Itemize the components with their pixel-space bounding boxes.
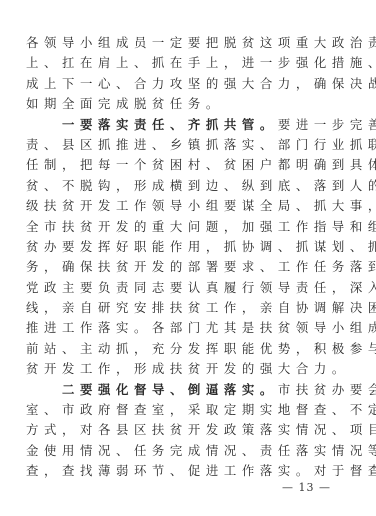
text-line: 上、扛在肩上、抓在手上，进一步强化措施、落实责任，形 [26, 53, 336, 73]
paragraph-heading-line: 一要落实责任、齐抓共管。要进一步完善“市级负总 [26, 115, 336, 135]
page-number: — 13 — [282, 481, 331, 494]
text-line: 金使用情况、任务完成情况、责任落实情况等进行督促检 [26, 441, 336, 461]
text-line: 方式，对各县区扶贫开发政策落实情况、项目推进情况、资 [26, 420, 336, 440]
paragraph-heading-line: 二要强化督导、倒逼落实。市扶贫办要会同市委督查 [26, 380, 336, 400]
body-text: 各领导小组成员一定要把脱贫这项重大政治责任牢牢放在心 上、扛在肩上、抓在手上，进… [26, 33, 336, 482]
document-page: 各领导小组成员一定要把脱贫这项重大政治责任牢牢放在心 上、扛在肩上、抓在手上，进… [0, 0, 376, 516]
text-line: 贫开发工作，形成扶贫开发的强大合力。 [26, 359, 336, 379]
paragraph-lead: 一要落实责任、齐抓共管。 [62, 117, 278, 132]
text-line: 级扶贫开发工作领导小组要谋全局、抓大事，研究解决事关 [26, 196, 336, 216]
text-line: 党政主要负责同志要认真履行领导责任，深入到扶贫第一 [26, 278, 336, 298]
text-line: 查，查找薄弱环节、促进工作落实。对于督查检查情况和发 [26, 461, 336, 481]
text-line: 贫、不脱钩，形成横到边、纵到底、落到人的责任体系。各 [26, 176, 336, 196]
text-line: 全市扶贫开发的重大问题，加强工作指导和组织协调。市扶 [26, 217, 336, 237]
paragraph-lead: 二要强化督导、倒逼落实。 [62, 382, 278, 397]
text-line: 责、县区抓推进、乡镇抓落实、部门行业抓联动”的工作责 [26, 135, 336, 155]
text-line: 前站、主动抓，充分发挥职能优势，积极参与、大力支持扶 [26, 339, 336, 359]
text-line: 推进工作落实。各部门尤其是扶贫领导小组成员单位，要靠 [26, 318, 336, 338]
text-line: 贫办要发挥好职能作用，抓协调、抓谋划、抓督导、抓服 [26, 237, 336, 257]
text-line: 成上下一心、合力攻坚的强大合力，确保决战决胜攻坚战、 [26, 74, 336, 94]
text-line: 室、市政府督查室，采取定期实地督查、不定期明察暗访等 [26, 400, 336, 420]
text-line: 如期全面完成脱贫任务。 [26, 94, 336, 114]
text-segment: 要进一步完善“市级负总 [278, 117, 376, 132]
text-line: 任制，把每一个贫困村、贫困户都明确到具体责任人，不脱 [26, 155, 336, 175]
text-line: 线，亲自研究安排扶贫工作，亲自协调解决困难问题，强力 [26, 298, 336, 318]
text-segment: 市扶贫办要会同市委督查 [278, 382, 376, 397]
text-line: 务，确保扶贫开发的部署要求、工作任务落到实处。各县区 [26, 257, 336, 277]
text-line: 各领导小组成员一定要把脱贫这项重大政治责任牢牢放在心 [26, 33, 336, 53]
